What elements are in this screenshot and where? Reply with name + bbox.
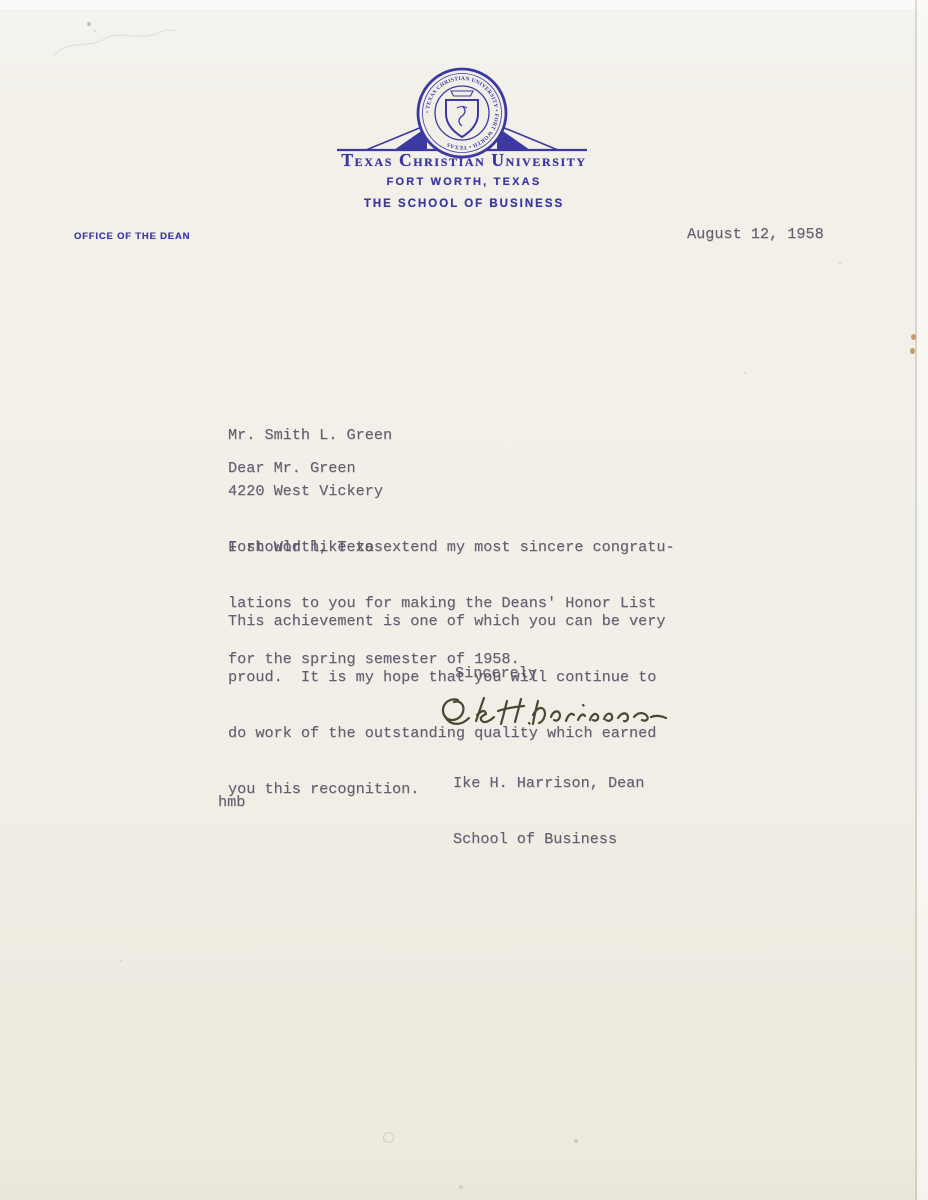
date-line: August 12, 1958 — [687, 225, 824, 244]
city-line: FORT WORTH, TEXAS — [0, 176, 928, 188]
body-line: I should like to extend my most sincere … — [228, 538, 675, 557]
signature-block: Ike H. Harrison, Dean School of Business — [453, 737, 644, 886]
signature-strokes — [443, 698, 666, 724]
paper-stain-dot — [910, 348, 915, 354]
signer-name-line: Ike H. Harrison, Dean — [453, 774, 644, 793]
signer-title-line: School of Business — [453, 830, 644, 849]
address-line: 4220 West Vickery — [228, 482, 392, 501]
body-line: proud. It is my hope that you will conti… — [228, 668, 665, 687]
body-line: This achievement is one of which you can… — [228, 612, 665, 631]
tcu-seal-emblem: • TEXAS CHRISTIAN UNIVERSITY • FORT WORT… — [330, 64, 594, 164]
university-name: Texas Christian University — [0, 150, 928, 171]
scanned-letter-page: • TEXAS CHRISTIAN UNIVERSITY • FORT WORT… — [0, 0, 928, 1200]
salutation: Dear Mr. Green — [228, 459, 356, 478]
office-of-the-dean-label: OFFICE OF THE DEAN — [74, 231, 190, 242]
paper-specks — [0, 0, 2, 2]
faint-pencil-mark — [50, 25, 180, 65]
seal-outer-ring — [418, 69, 506, 157]
paper-stain-dot — [911, 334, 916, 340]
faint-ring-mark — [383, 1132, 394, 1143]
school-line: THE SCHOOL OF BUSINESS — [0, 198, 928, 210]
handwritten-signature — [436, 688, 668, 738]
address-line: Mr. Smith L. Green — [228, 426, 392, 445]
scan-top-edge — [0, 0, 928, 9]
closing-sincerely: Sincerely — [455, 664, 537, 683]
typist-initials: hmb — [218, 793, 245, 812]
